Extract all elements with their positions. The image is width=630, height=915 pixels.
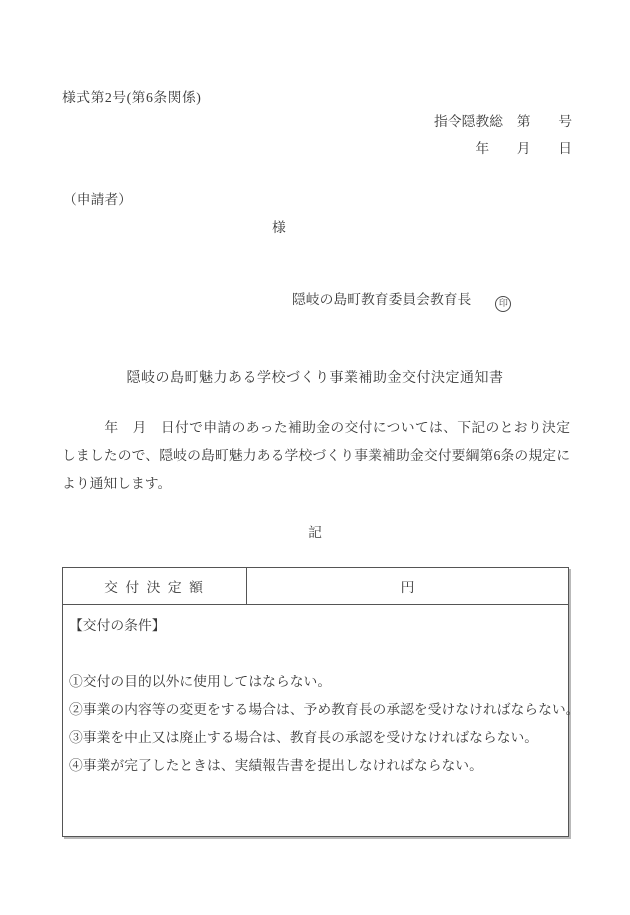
date-line: 年 月 日	[475, 137, 572, 157]
issuer-title: 隠岐の島町教育委員会教育長	[292, 292, 471, 307]
directive-number-line: 指令隠教総 第 号	[434, 110, 572, 130]
condition-item-3: ③事業を中止又は廃止する場合は、教育長の承認を受けなければならない。	[69, 724, 568, 752]
seal-stamp-icon: 印	[495, 296, 511, 312]
conditions-cell: 【交付の条件】 ①交付の目的以外に使用してはならない。 ②事業の内容等の変更をす…	[63, 605, 568, 836]
condition-item-1: ①交付の目的以外に使用してはならない。	[69, 668, 568, 696]
condition-item-2: ②事業の内容等の変更をする場合は、予め教育長の承認を受けなければならない。	[69, 696, 568, 724]
amount-unit: 円	[401, 576, 415, 596]
document-page: 様式第2号(第6条関係) 指令隠教総 第 号 年 月 日 （申請者） 様 隠岐の…	[0, 0, 630, 915]
issuer-line: 隠岐の島町教育委員会教育長印	[292, 288, 511, 312]
body-paragraph: 年 月 日付で申請のあった補助金の交付については、下記のとおり決定しましたので、…	[62, 414, 570, 498]
spacer-line	[69, 640, 568, 668]
amount-value-cell: 円	[247, 568, 568, 604]
condition-item-4: ④事業が完了したときは、実績報告書を提出しなければならない。	[69, 752, 568, 780]
form-number: 様式第2号(第6条関係)	[62, 86, 201, 106]
conditions-header: 【交付の条件】	[69, 612, 568, 640]
document-title: 隠岐の島町魅力ある学校づくり事業補助金交付決定通知書	[0, 367, 630, 387]
table-header-row: 交 付 決 定 額 円	[63, 568, 568, 605]
amount-label-cell: 交 付 決 定 額	[63, 568, 247, 604]
record-marker: 記	[0, 521, 630, 541]
applicant-label: （申請者）	[63, 188, 132, 208]
decision-table: 交 付 決 定 額 円 【交付の条件】 ①交付の目的以外に使用してはならない。 …	[62, 567, 569, 837]
addressee-honorific: 様	[272, 216, 286, 236]
